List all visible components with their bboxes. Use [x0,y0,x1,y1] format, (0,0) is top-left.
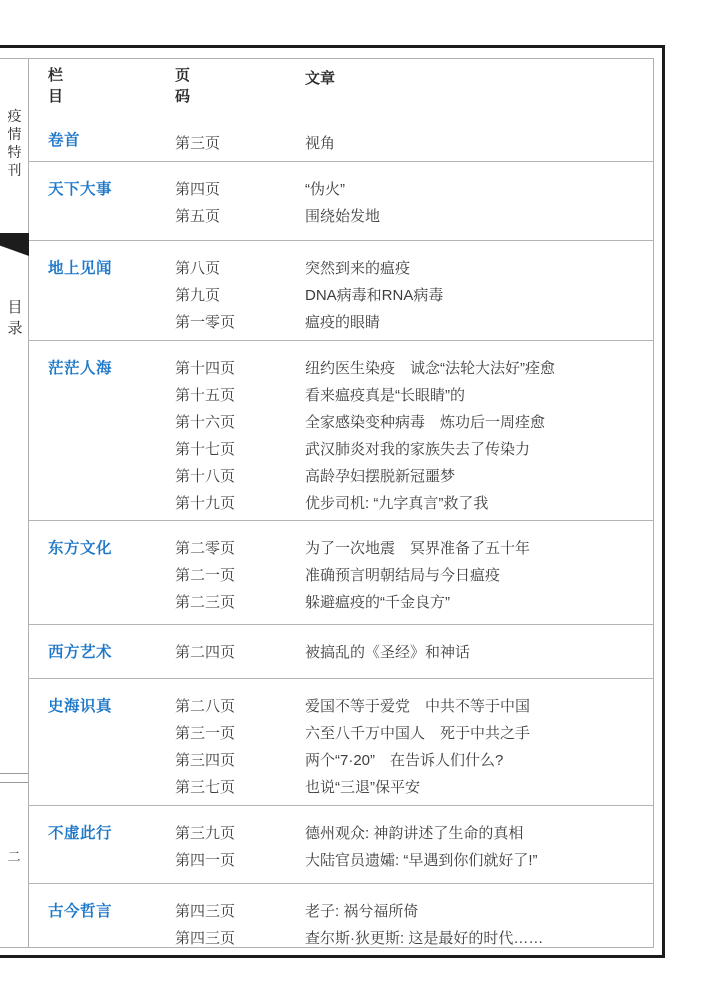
spine-page-mark: 二 [7,849,21,865]
toc-entry: 第三四页两个“7·20” 在告诉人们什么? [175,747,654,774]
section-name: 西方艺术 [48,639,175,666]
toc-section: 地上见闻第八页突然到来的瘟疫第九页DNA病毒和RNA病毒第一零页瘟疫的眼睛 [29,241,654,341]
section-name: 卷首 [48,127,175,154]
entry-title: 视角 [305,130,654,157]
toc-entry: 第二八页爱国不等于爱党 中共不等于中国 [175,693,654,720]
toc-entry: 第四页“伪火” [175,176,654,203]
entry-page: 第十八页 [175,463,305,490]
entry-page: 第二三页 [175,589,305,616]
entry-title: 优步司机: “九字真言”救了我 [305,490,654,517]
entry-page: 第三九页 [175,820,305,847]
entry-page: 第三页 [175,130,305,157]
toc-entry: 第十八页高龄孕妇摆脱新冠噩梦 [175,463,654,490]
toc-entry: 第十九页优步司机: “九字真言”救了我 [175,490,654,517]
entry-title: 六至八千万中国人 死于中共之手 [305,720,654,747]
toc-entry: 第二四页被搞乱的《圣经》和神话 [175,639,654,666]
entry-title: 两个“7·20” 在告诉人们什么? [305,747,654,774]
toc-entry: 第四一页大陆官员遗孀: “早遇到你们就好了!” [175,847,654,874]
toc-entry: 第二零页为了一次地震 冥界准备了五十年 [175,535,654,562]
toc-section: 栏目 卷首 页码 文章 第三页 视角 [29,58,654,162]
entry-page: 第三四页 [175,747,305,774]
toc-entry: 第三七页也说“三退”保平安 [175,774,654,801]
toc-entry: 第四三页老子: 祸兮福所倚 [175,898,654,925]
section-name: 不虚此行 [48,820,175,847]
toc-section: 西方艺术第二四页被搞乱的《圣经》和神话 [29,625,654,679]
column-name-cell: 栏目 卷首 [48,65,175,154]
entry-title: 也说“三退”保平安 [305,774,654,801]
entry-page: 第四一页 [175,847,305,874]
toc-section: 东方文化第二零页为了一次地震 冥界准备了五十年第二一页准确预言明朝结局与今日瘟疫… [29,521,654,625]
header-article: 文章 [305,68,322,89]
entry-title: 围绕始发地 [305,203,654,230]
toc-entry: 第八页突然到来的瘟疫 [175,255,654,282]
toc-sections: 天下大事第四页“伪火”第五页围绕始发地地上见闻第八页突然到来的瘟疫第九页DNA病… [29,162,654,948]
entry-page: 第九页 [175,282,305,309]
entry-title: 纽约医生染疫 诚念“法轮大法好”痊愈 [305,355,654,382]
entry-page: 第四三页 [175,925,305,948]
table-of-contents: 栏目 卷首 页码 文章 第三页 视角 天下大事第四页“伪火”第五页围绕始发地地上… [29,58,654,948]
toc-title-vertical: 目录 [7,297,23,339]
toc-entry: 第二三页躲避瘟疫的“千金良方” [175,589,654,616]
entry-page: 第十九页 [175,490,305,517]
toc-section: 史海识真第二八页爱国不等于爱党 中共不等于中国第三一页六至八千万中国人 死于中共… [29,679,654,806]
toc-entry: 第十六页全家感染变种病毒 炼功后一周痊愈 [175,409,654,436]
entry-page: 第十七页 [175,436,305,463]
issue-title-vertical: 疫情特刊 [7,107,22,179]
entry-title: 德州观众: 神韵讲述了生命的真相 [305,820,654,847]
section-name: 东方文化 [48,535,175,562]
section-name: 地上见闻 [48,255,175,282]
entry-title: 为了一次地震 冥界准备了五十年 [305,535,654,562]
section-name: 天下大事 [48,176,175,203]
toc-section: 古今哲言第四三页老子: 祸兮福所倚第四三页查尔斯·狄更斯: 这是最好的时代…… [29,884,654,948]
entry-page: 第八页 [175,255,305,282]
toc-entry: 第三一页六至八千万中国人 死于中共之手 [175,720,654,747]
header-page: 页码 [175,65,192,107]
entry-title: 高龄孕妇摆脱新冠噩梦 [305,463,654,490]
entry-page: 第三七页 [175,774,305,801]
toc-entry: 第一零页瘟疫的眼睛 [175,309,654,336]
toc-section: 天下大事第四页“伪火”第五页围绕始发地 [29,162,654,241]
entry-title: 全家感染变种病毒 炼功后一周痊愈 [305,409,654,436]
entry-title: 大陆官员遗孀: “早遇到你们就好了!” [305,847,654,874]
entry-title: 瘟疫的眼睛 [305,309,654,336]
entry-title: 准确预言明朝结局与今日瘟疫 [305,562,654,589]
entry-title: 老子: 祸兮福所倚 [305,898,654,925]
toc-entry: 第三九页德州观众: 神韵讲述了生命的真相 [175,820,654,847]
entry-title: 看来瘟疫真是“长眼睛”的 [305,382,654,409]
entry-page: 第二零页 [175,535,305,562]
toc-section: 不虚此行第三九页德州观众: 神韵讲述了生命的真相第四一页大陆官员遗孀: “早遇到… [29,806,654,884]
spine-tab-line [0,782,28,783]
section-name: 古今哲言 [48,898,175,925]
entry-page: 第二四页 [175,639,305,666]
entry-page: 第十四页 [175,355,305,382]
toc-entry: 第十七页武汉肺炎对我的家族失去了传染力 [175,436,654,463]
entry-title: DNA病毒和RNA病毒 [305,282,654,309]
entry-page: 第一零页 [175,309,305,336]
entry-page: 第十六页 [175,409,305,436]
toc-entry: 第三页 视角 [175,130,654,157]
spine-tab-line [0,773,28,774]
header-column: 栏目 [48,65,65,107]
section-name: 史海识真 [48,693,175,720]
entry-title: 查尔斯·狄更斯: 这是最好的时代…… [305,925,654,948]
toc-section: 茫茫人海第十四页纽约医生染疫 诚念“法轮大法好”痊愈第十五页看来瘟疫真是“长眼睛… [29,341,654,521]
entry-title: 突然到来的瘟疫 [305,255,654,282]
section-name: 茫茫人海 [48,355,175,382]
toc-entry: 第九页DNA病毒和RNA病毒 [175,282,654,309]
header-row: 页码 文章 [175,65,654,110]
entry-page: 第十五页 [175,382,305,409]
entry-title: 被搞乱的《圣经》和神话 [305,639,654,666]
entry-title: “伪火” [305,176,654,203]
entry-page: 第二八页 [175,693,305,720]
entry-title: 爱国不等于爱党 中共不等于中国 [305,693,654,720]
entry-page: 第五页 [175,203,305,230]
toc-entry: 第五页围绕始发地 [175,203,654,230]
entry-title: 躲避瘟疫的“千金良方” [305,589,654,616]
toc-entry: 第二一页准确预言明朝结局与今日瘟疫 [175,562,654,589]
entry-page: 第三一页 [175,720,305,747]
toc-entry: 第十四页纽约医生染疫 诚念“法轮大法好”痊愈 [175,355,654,382]
entry-page: 第四三页 [175,898,305,925]
magazine-toc-page: 疫情特刊 目录 二 栏目 卷首 页码 文章 第三页 视角 天下大事第 [0,0,707,1000]
toc-entry: 第四三页查尔斯·狄更斯: 这是最好的时代…… [175,925,654,948]
entry-page: 第四页 [175,176,305,203]
toc-entry: 第十五页看来瘟疫真是“长眼睛”的 [175,382,654,409]
entry-title: 武汉肺炎对我的家族失去了传染力 [305,436,654,463]
entry-page: 第二一页 [175,562,305,589]
